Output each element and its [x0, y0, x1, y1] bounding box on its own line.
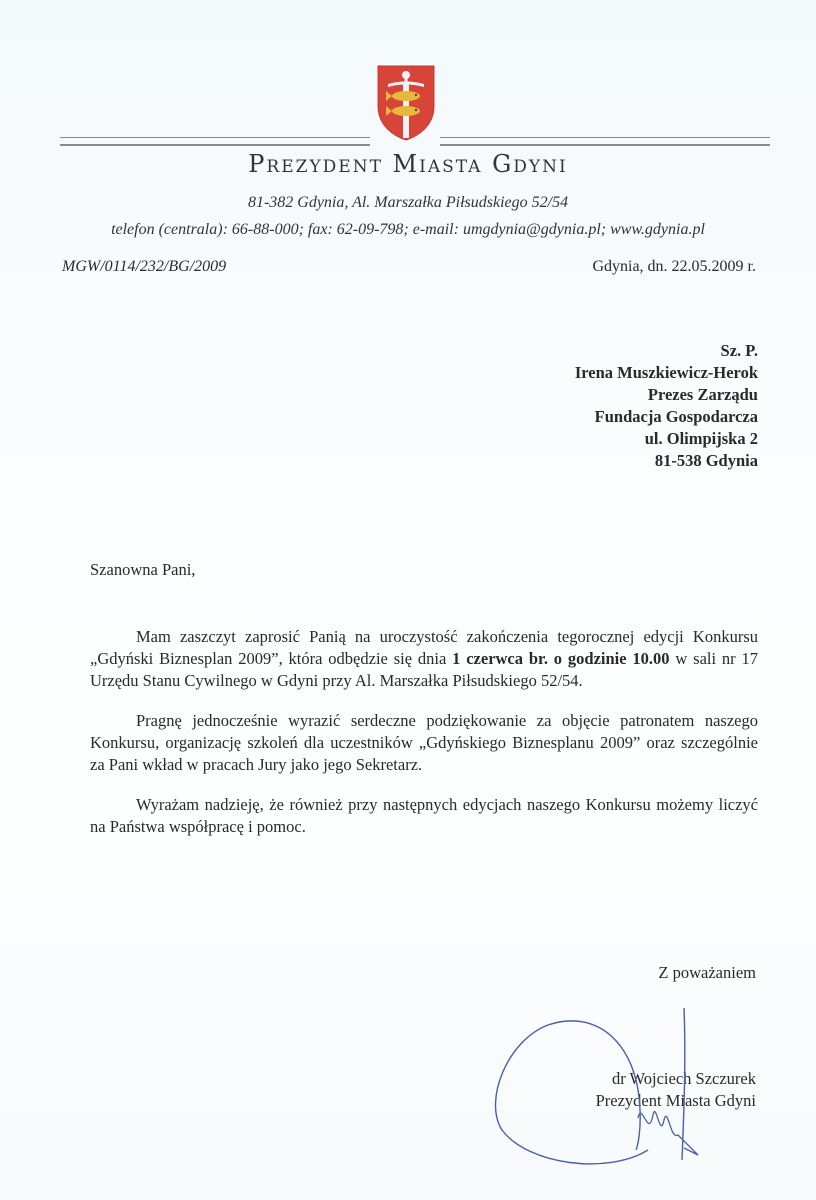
recipient-line: Prezes Zarządu: [575, 384, 758, 406]
recipient-line: 81-538 Gdynia: [575, 450, 758, 472]
body-paragraph-2: Pragnę jednocześnie wyrazić serdeczne po…: [90, 710, 758, 776]
recipient-line: Sz. P.: [575, 340, 758, 362]
letter-date: Gdynia, dn. 22.05.2009 r.: [592, 258, 756, 276]
letterhead-rule-left: [60, 137, 370, 146]
recipient-line: Irena Muszkiewicz-Herok: [575, 362, 758, 384]
greeting: Szanowna Pani,: [90, 560, 195, 580]
letter-page: Prezydent Miasta Gdyni 81-382 Gdynia, Al…: [0, 0, 816, 1200]
body-paragraph-1: Mam zaszczyt zaprosić Panią na uroczysto…: [90, 626, 758, 692]
recipient-block: Sz. P. Irena Muszkiewicz-Herok Prezes Za…: [575, 340, 758, 472]
letterhead-contact: telefon (centrala): 66-88-000; fax: 62-0…: [0, 221, 816, 239]
body-paragraph-3: Wyrażam nadzieję, że również przy następ…: [90, 794, 758, 838]
letterhead-title: Prezydent Miasta Gdyni: [0, 150, 816, 178]
event-date-time: 1 czerwca br. o godzinie 10.00: [452, 649, 669, 668]
recipient-line: ul. Olimpijska 2: [575, 428, 758, 450]
handwritten-signature-icon: [488, 1000, 728, 1170]
reference-number: MGW/0114/232/BG/2009: [62, 258, 226, 276]
letterhead-address: 81-382 Gdynia, Al. Marszałka Piłsudskieg…: [0, 194, 816, 212]
letterhead-rule-right: [440, 137, 770, 146]
closing: Z poważaniem: [658, 963, 756, 983]
gdynia-coat-of-arms-icon: [374, 62, 438, 142]
recipient-line: Fundacja Gospodarcza: [575, 406, 758, 428]
